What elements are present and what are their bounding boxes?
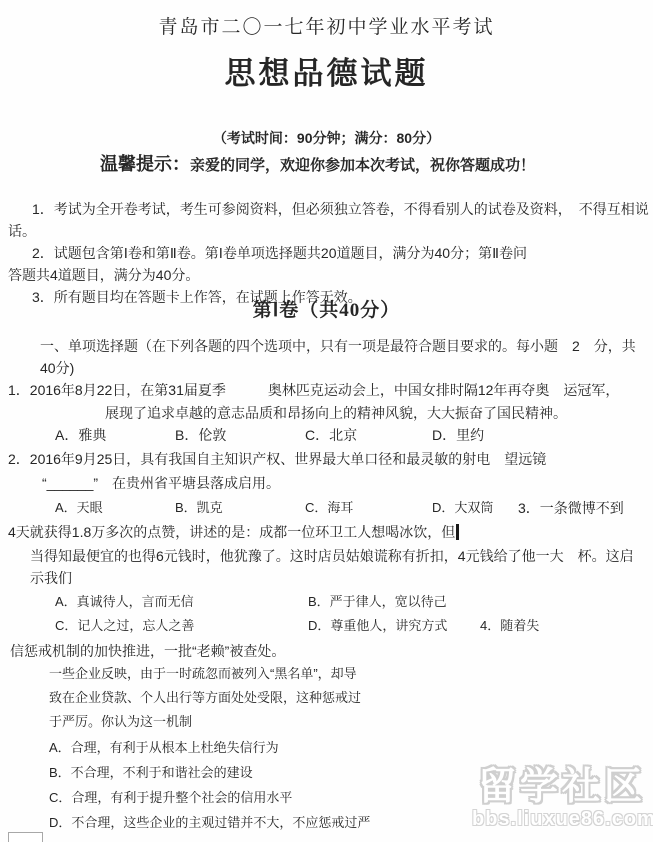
question-2-option-d: D．大双筒 — [432, 498, 493, 518]
question-4-option-c: C．合理，有利于提升整个社会的信用水平 — [49, 788, 292, 808]
question-3-option-a: A．真诚待人，言而无信 — [55, 592, 194, 612]
question-1-option-c: C．北京 — [305, 425, 357, 445]
exam-paper-page: 青岛市二〇一七年初中学业水平考试 思想品德试题 （考试时间：90分钟；满分：80… — [0, 0, 653, 842]
warm-tip-label: 温馨提示： — [100, 154, 190, 174]
question-2-option-a: A．天眼 — [55, 498, 103, 518]
site-watermark: 留学社区 bbs.liuxue86.com — [472, 768, 652, 829]
instruction-1-line-2: 话。 — [8, 221, 36, 241]
question-4-option-b: B．不合理，不利于和谐社会的建设 — [49, 763, 253, 783]
question-4-line-1: 信惩戒机制的加快推进，一批“老赖”被查处。 — [10, 641, 285, 661]
question-3-line-1-text: 4天就获得1.8万多次的点赞，讲述的是：成都一位环卫工人想喝冰饮，但 — [8, 524, 455, 540]
bottom-left-box-fragment — [8, 832, 43, 842]
question-4-option-d: D．不合理，这些企业的主观过错并不大，不应惩戒过严 — [49, 813, 370, 833]
question-3-line-1: 4天就获得1.8万多次的点赞，讲述的是：成都一位环卫工人想喝冰饮，但 — [8, 522, 459, 542]
exam-time-score-info: （考试时间：90分钟；满分：80分） — [0, 128, 653, 148]
question-4-start-text: 4．随着失 — [480, 616, 539, 636]
question-2-options-row: A．天眼 B．凯克 C．海耳 D．大双筒 3．一条微博不到 — [0, 498, 653, 518]
question-3-start-text: 3．一条微博不到 — [518, 498, 624, 518]
question-4-option-a: A．合理，有利于从根本上杜绝失信行为 — [49, 738, 279, 758]
question-3-option-d: D．尊重他人，讲究方式 — [308, 616, 447, 636]
exam-subject-title: 思想品德试题 — [0, 54, 653, 94]
question-3-line-3: 示我们 — [30, 568, 72, 588]
question-2-line-2: “______” 在贵州省平塘县落成启用。 — [42, 473, 280, 493]
question-4-line-2: 一些企业反映，由于一时疏忽而被列入“黑名单”，却导 — [49, 664, 357, 684]
question-3-option-b: B．严于律人，宽以待己 — [308, 592, 447, 612]
instruction-2-line-2: 答题共4道题目，满分为40分。 — [8, 265, 199, 285]
text-cursor — [456, 524, 459, 540]
question-1-option-a: A．雅典 — [55, 425, 106, 445]
instruction-1-line-1: 1．考试为全开卷考试，考生可参阅资料，但必须独立答卷，不得看别人的试卷及资料， … — [32, 199, 649, 219]
section-1-title: 第Ⅰ卷（共40分） — [0, 301, 653, 321]
question-1-option-b: B．伦敦 — [175, 425, 226, 445]
question-2-option-c: C．海耳 — [305, 498, 353, 518]
question-2-line-1: 2．2016年9月25日，具有我国自主知识产权、世界最大单口径和最灵敏的射电 望… — [8, 449, 546, 469]
question-3-options-row-2: C．记人之过，忘人之善 D．尊重他人，讲究方式 4．随着失 — [0, 616, 653, 636]
question-2-option-b: B．凯克 — [175, 498, 223, 518]
question-4-line-4: 于严厉。你认为这一机制 — [49, 712, 192, 732]
instruction-2-line-1: 2．试题包含第Ⅰ卷和第Ⅱ卷。第Ⅰ卷单项选择题共20道题目，满分为40分；第Ⅱ卷问 — [32, 243, 527, 263]
question-3-line-2: 当得知最便宜的也得6元钱时，他犹豫了。这时店员姑娘谎称有折扣，4元钱给了他一大 … — [30, 546, 634, 566]
question-1-line-1: 1．2016年8月22日，在第31届夏季 奥林匹克运动会上，中国女排时隔12年再… — [8, 380, 619, 400]
watermark-logo-text: 留学社区 — [472, 768, 652, 806]
warm-tip-text: 亲爱的同学，欢迎你参加本次考试，祝你答题成功！ — [190, 157, 535, 174]
question-1-option-d: D．里约 — [432, 425, 484, 445]
question-1-line-2: 展现了追求卓越的意志品质和昂扬向上的精神风貌，大大振奋了国民精神。 — [105, 403, 567, 423]
warm-tip-line: 温馨提示：亲爱的同学，欢迎你参加本次考试，祝你答题成功！ — [100, 154, 535, 176]
exam-header-title: 青岛市二〇一七年初中学业水平考试 — [0, 18, 653, 38]
section-1-intro-line-2: 40分) — [40, 358, 74, 378]
question-3-options-row-1: A．真诚待人，言而无信 B．严于律人，宽以待己 — [0, 592, 653, 612]
question-3-option-c: C．记人之过，忘人之善 — [55, 616, 194, 636]
section-1-intro-line-1: 一、单项选择题（在下列各题的四个选项中，只有一项是最符合题目要求的。每小题 2 … — [40, 336, 636, 356]
watermark-url-text: bbs.liuxue86.com — [472, 809, 652, 829]
question-1-options-row: A．雅典 B．伦敦 C．北京 D．里约 — [0, 425, 653, 445]
question-4-line-3: 致在企业贷款、个人出行等方面处处受限，这种惩戒过 — [49, 688, 361, 708]
